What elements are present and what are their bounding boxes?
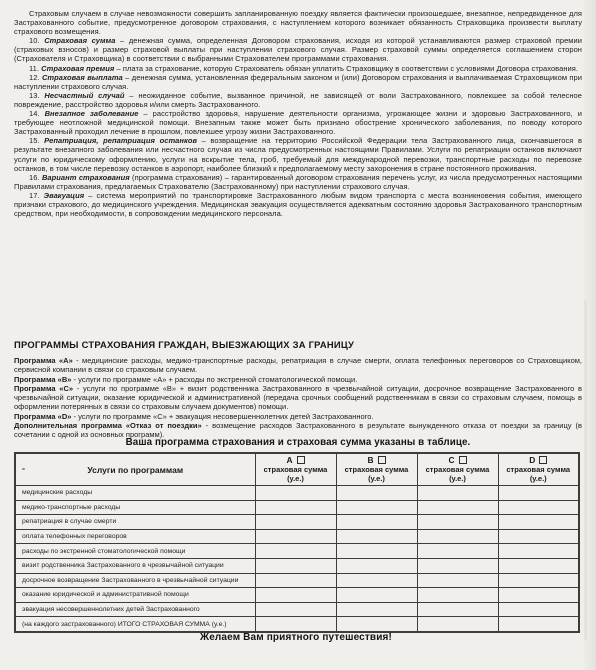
sum-cell-d [498,602,579,617]
program-letter: С [448,455,454,465]
sum-cell-a [255,558,336,573]
sum-label: страховая сумма [256,465,336,474]
program-label: Программа «С» [14,384,73,393]
definition-term: Вариант страхования [42,173,130,182]
sum-cell-a [255,617,336,632]
scan-artifact [584,300,587,640]
definition-item-15: 15. Репатриация, репатриация останков – … [14,136,582,172]
service-label: оплата телефонных переговоров [15,529,255,544]
unit-label: (у.е.) [499,474,579,483]
table-row: досрочное возвращение Застрахованного в … [15,573,579,588]
sum-cell-d [498,515,579,530]
definition-term: Страховая премия [41,64,114,73]
table-row: оплата телефонных переговоров [15,529,579,544]
sum-cell-a [255,500,336,515]
program-text: - услуги по программе «В» + визит родств… [14,384,582,412]
program-text: - услуги по программе «С» + эвакуация не… [71,412,373,421]
sum-cell-b [336,500,417,515]
sum-cell-c [417,544,498,559]
program-label: Программа «А» [14,356,73,365]
table-header-program-c: С страховая сумма (у.е.) [417,453,498,486]
program-label: Дополнительная программа «Отказ от поезд… [14,421,202,430]
sum-label: страховая сумма [499,465,579,474]
sum-cell-c [417,588,498,603]
definition-text: – система мероприятий по транспортировке… [14,191,582,218]
table-row: медико-транспортные расходы [15,500,579,515]
sum-cell-b [336,529,417,544]
sum-cell-c [417,602,498,617]
unit-label: (у.е.) [418,474,498,483]
service-label: эвакуация несовершеннолетних детей Застр… [15,602,255,617]
sum-cell-a [255,486,336,501]
scanned-insurance-document-page: Страховым случаем в случае невозможности… [0,0,596,670]
definition-number: 13. [29,91,40,100]
sum-cell-d [498,529,579,544]
sum-cell-d [498,544,579,559]
table-header-program-b: В страховая сумма (у.е.) [336,453,417,486]
sum-cell-b [336,515,417,530]
table-header-program-d: D страховая сумма (у.е.) [498,453,579,486]
definition-number: 10. [29,36,40,45]
checkbox-icon [459,456,467,464]
definition-number: 11. [29,64,39,73]
table-row: медицинские расходы [15,486,579,501]
sum-cell-c [417,515,498,530]
definition-number: 16. [29,173,40,182]
sum-cell-d [498,558,579,573]
sum-cell-c [417,529,498,544]
sum-cell-c [417,486,498,501]
program-letter: А [286,455,292,465]
definition-item-12: 12. Страховая выплата – денежная сумма, … [14,73,582,91]
sum-cell-b [336,588,417,603]
sum-cell-c [417,558,498,573]
unit-label: (у.е.) [256,474,336,483]
sum-cell-d [498,588,579,603]
table-row: эвакуация несовершеннолетних детей Застр… [15,602,579,617]
program-letter: В [367,455,373,465]
service-label: расходы по экстренной стоматологической … [15,544,255,559]
sum-cell-b [336,558,417,573]
table-header-program-a: А страховая сумма (у.е.) [255,453,336,486]
sum-cell-d [498,573,579,588]
service-label: визит родственника Застрахованного в чре… [15,558,255,573]
table-caption: Ваша программа страхования и страховая с… [14,437,582,448]
definition-term: Внезапное заболевание [45,109,139,118]
sum-cell-a [255,544,336,559]
table-row-total: (на каждого застрахованного) ИТОГО СТРАХ… [15,617,579,632]
sum-cell-b [336,617,417,632]
checkbox-icon [539,456,547,464]
definition-intro: Страховым случаем в случае невозможности… [14,9,582,36]
sum-cell-b [336,486,417,501]
checkbox-icon [378,456,386,464]
sum-label: страховая сумма [337,465,417,474]
program-label: Программа «В» [14,375,71,384]
definition-number: 14. [29,109,40,118]
sum-cell-d [498,500,579,515]
definition-number: 17. [29,191,40,200]
definition-item-10: 10. Страховая сумма – денежная сумма, оп… [14,36,582,63]
table-header-row: Услуги по программам А страховая сумма (… [15,453,579,486]
sum-cell-a [255,573,336,588]
definition-number: 12. [29,73,40,82]
insurance-table: Услуги по программам А страховая сумма (… [14,452,580,633]
program-item-d: Программа «D» - услуги по программе «С» … [14,412,582,421]
sum-cell-c [417,573,498,588]
definition-number: 15. [29,136,40,145]
program-item-c: Программа «С» - услуги по программе «В» … [14,384,582,412]
program-letter: D [529,455,535,465]
sum-cell-b [336,602,417,617]
table-row: визит родственника Застрахованного в чре… [15,558,579,573]
definition-term: Репатриация, репатриация останков [44,136,197,145]
definition-text: – плата за страхование, которую Страхова… [114,64,578,73]
table-row: оказание юридической и административной … [15,588,579,603]
service-label: досрочное возвращение Застрахованного в … [15,573,255,588]
table-row: расходы по экстренной стоматологической … [15,544,579,559]
table-header-services: Услуги по программам [15,453,255,486]
sum-cell-d [498,486,579,501]
definition-item-14: 14. Внезапное заболевание – расстройство… [14,109,582,136]
definition-item-11: 11. Страховая премия – плата за страхова… [14,64,582,73]
service-label: оказание юридической и административной … [15,588,255,603]
checkbox-icon [297,456,305,464]
sum-cell-c [417,617,498,632]
service-label: медико-транспортные расходы [15,500,255,515]
programs-heading: ПРОГРАММЫ СТРАХОВАНИЯ ГРАЖДАН, ВЫЕЗЖАЮЩИ… [14,339,582,350]
table-row: репатриация в случае смерти [15,515,579,530]
sum-cell-d [498,617,579,632]
farewell-text: Желаем Вам приятного путешествия! [14,632,578,643]
sum-cell-b [336,544,417,559]
definition-term: Страховая выплата [42,73,123,82]
definition-item-13: 13. Несчастный случай – неожиданное собы… [14,91,582,109]
definition-item-17: 17. Эвакуация – система мероприятий по т… [14,191,582,218]
unit-label: (у.е.) [337,474,417,483]
definition-term: Несчастный случай [44,91,124,100]
sum-cell-a [255,529,336,544]
programs-section: ПРОГРАММЫ СТРАХОВАНИЯ ГРАЖДАН, ВЫЕЗЖАЮЩИ… [14,339,582,440]
program-text: - медицинские расходы, медико-транспортн… [14,356,582,374]
sum-cell-b [336,573,417,588]
definition-term: Страховая сумма [44,36,115,45]
program-text: - услуги по программе «А» + расходы по э… [71,375,357,384]
service-label: медицинские расходы [15,486,255,501]
definition-item-16: 16. Вариант страхования (программа страх… [14,173,582,191]
sum-cell-c [417,500,498,515]
sum-label: страховая сумма [418,465,498,474]
program-item-a: Программа «А» - медицинские расходы, мед… [14,356,582,375]
service-label: репатриация в случае смерти [15,515,255,530]
definition-term: Эвакуация [44,191,85,200]
sum-cell-a [255,515,336,530]
program-label: Программа «D» [14,412,71,421]
program-item-b: Программа «В» - услуги по программе «А» … [14,375,582,384]
sum-cell-a [255,602,336,617]
service-label-total: (на каждого застрахованного) ИТОГО СТРАХ… [15,617,255,632]
sum-cell-a [255,588,336,603]
definitions-section: Страховым случаем в случае невозможности… [14,9,582,218]
